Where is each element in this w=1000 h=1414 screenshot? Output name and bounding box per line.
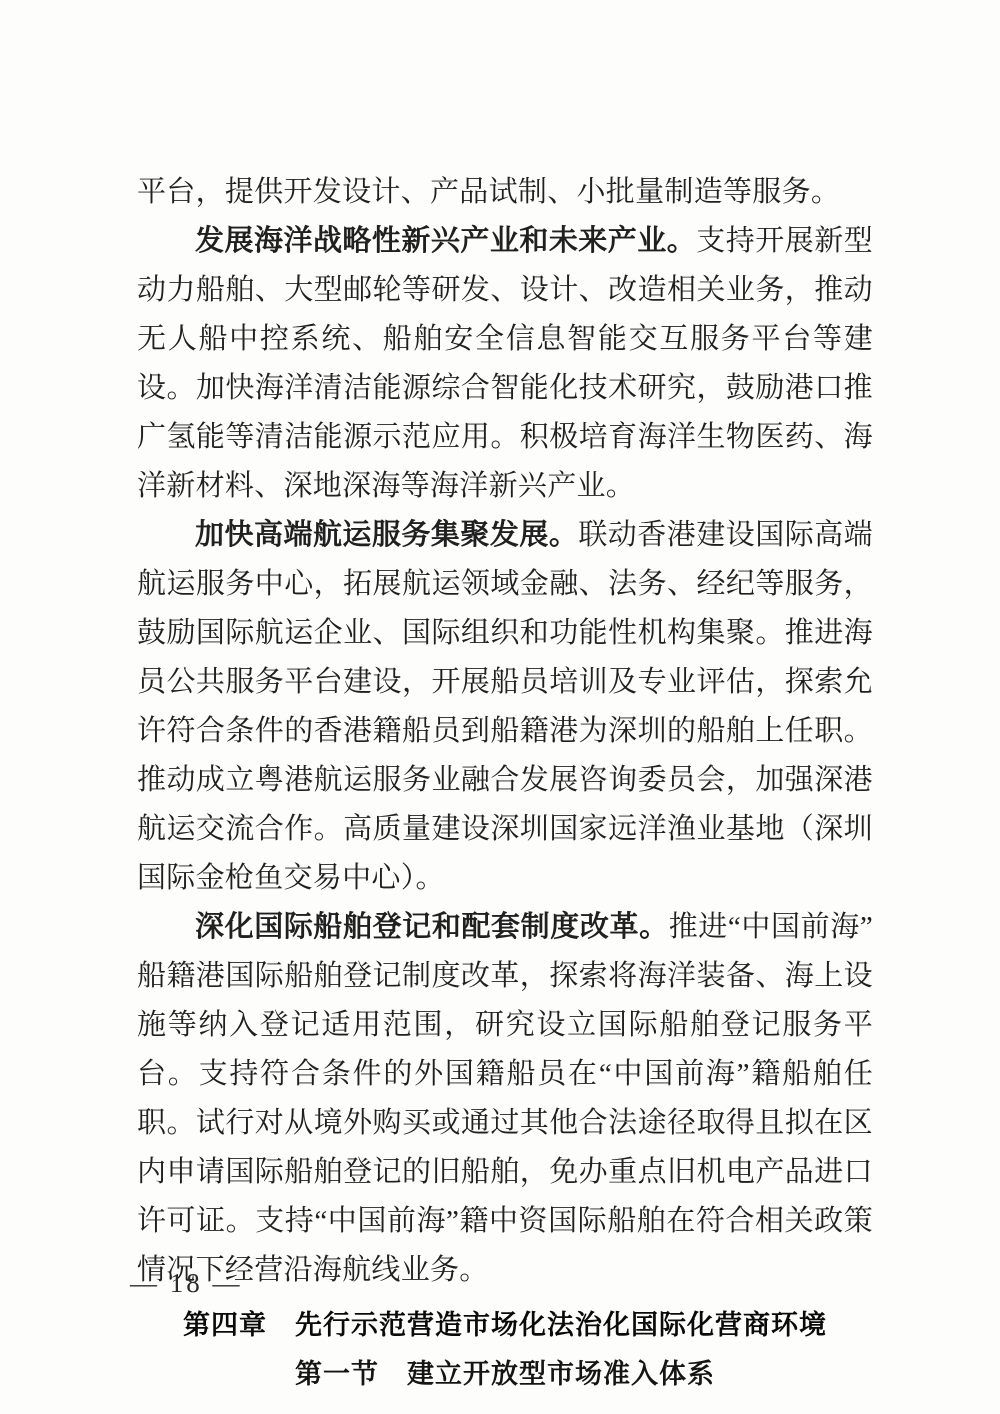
paragraph-lead: 加快高端航运服务集聚发展。 xyxy=(195,519,578,551)
paragraph-text: 联动香港建设国际高端航运服务中心，拓展航运领域金融、法务、经纪等服务，鼓励国际航… xyxy=(137,519,873,894)
paragraph-text: 推进“中国前海”船籍港国际船舶登记制度改革，探索将海洋装备、海上设施等纳入登记适… xyxy=(137,911,873,1286)
section-heading: 第一节 建立开放型市场准入体系 xyxy=(137,1350,873,1399)
paragraph-lead: 深化国际船舶登记和配套制度改革。 xyxy=(195,911,669,943)
paragraph-lead: 发展海洋战略性新兴产业和未来产业。 xyxy=(195,225,696,257)
paragraph: 发展海洋战略性新兴产业和未来产业。支持开展新型动力船舶、大型邮轮等研发、设计、改… xyxy=(137,217,873,511)
chapter-heading: 第四章 先行示范营造市场化法治化国际化营商环境 xyxy=(137,1301,873,1350)
paragraph: 深化国际船舶登记和配套制度改革。推进“中国前海”船籍港国际船舶登记制度改革，探索… xyxy=(137,903,873,1295)
paragraph-continuation: 平台，提供开发设计、产品试制、小批量制造等服务。 xyxy=(137,168,873,217)
paragraph: 加快高端航运服务集聚发展。联动香港建设国际高端航运服务中心，拓展航运领域金融、法… xyxy=(137,511,873,903)
paragraph-text: 平台，提供开发设计、产品试制、小批量制造等服务。 xyxy=(137,176,840,208)
page-number: — 18 — xyxy=(130,1268,243,1298)
document-page: 平台，提供开发设计、产品试制、小批量制造等服务。 发展海洋战略性新兴产业和未来产… xyxy=(0,0,1000,1414)
page-body: 平台，提供开发设计、产品试制、小批量制造等服务。 发展海洋战略性新兴产业和未来产… xyxy=(137,168,873,1399)
paragraph-text: 支持开展新型动力船舶、大型邮轮等研发、设计、改造相关业务，推动无人船中控系统、船… xyxy=(137,225,873,502)
